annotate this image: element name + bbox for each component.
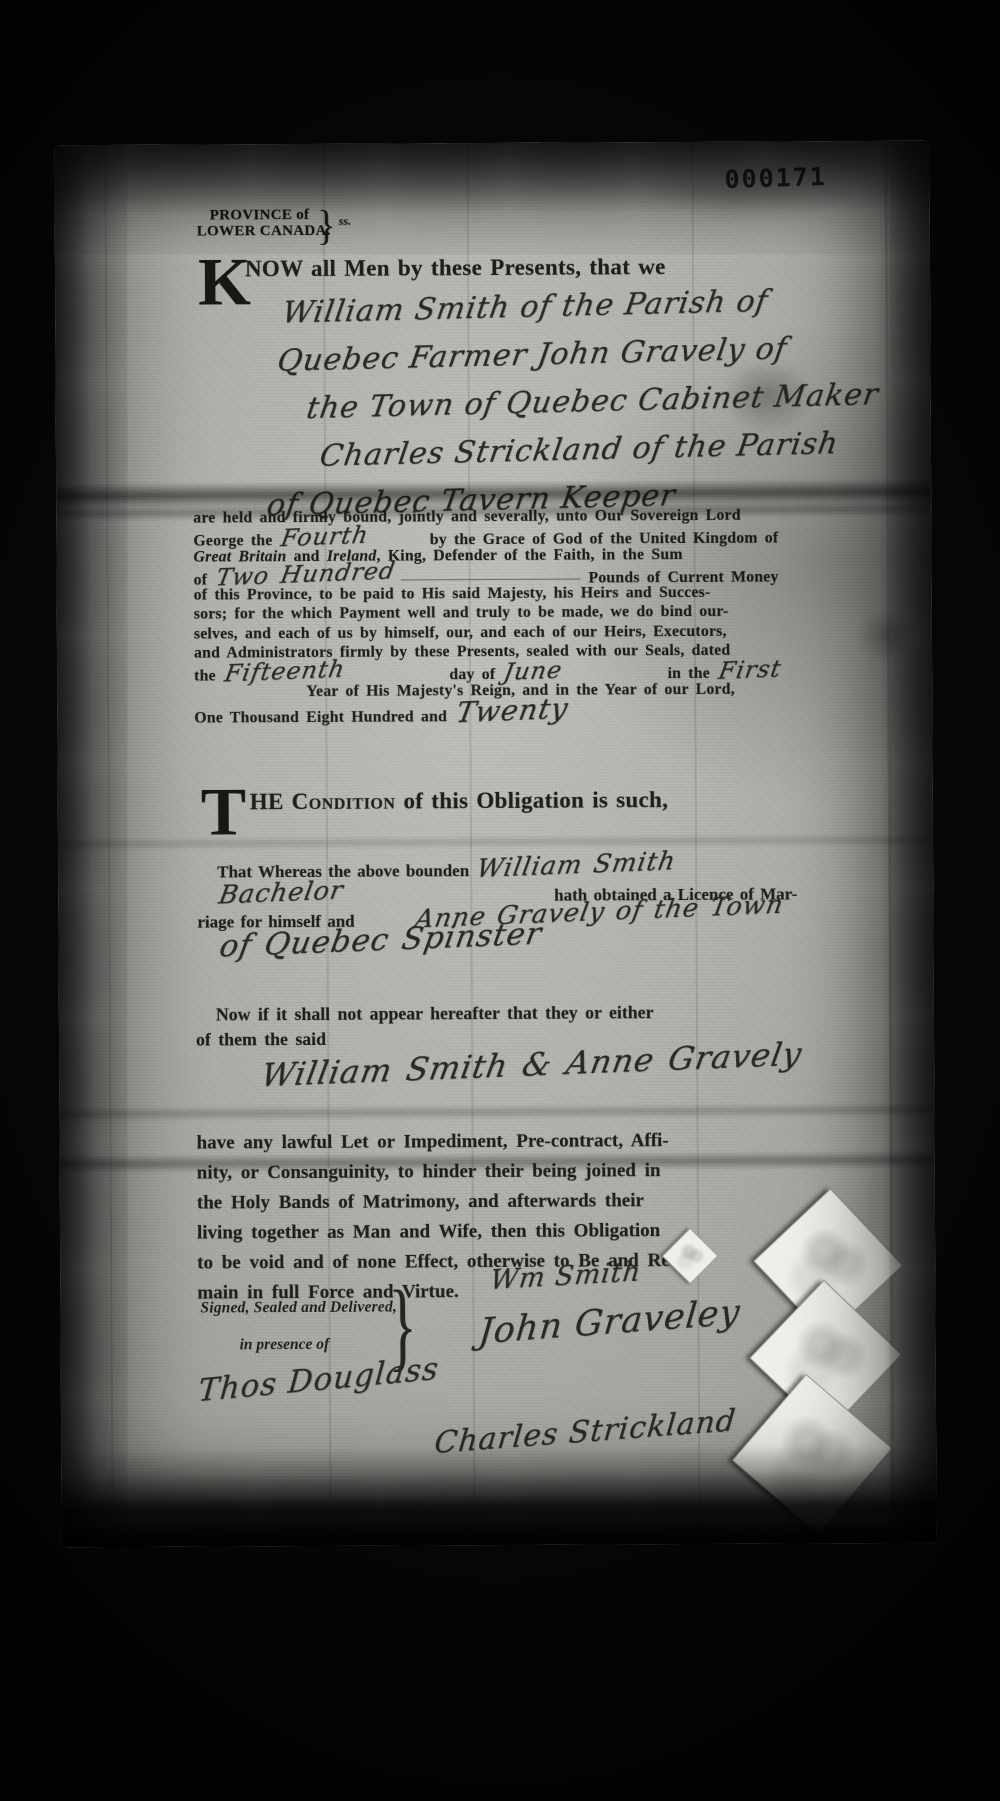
printed-text: are held and firmly bound, jointly and s… — [193, 507, 741, 528]
province-line: LOWER CANADA. — [197, 223, 331, 240]
printed-text: , King, Defender of the Faith, in the Su… — [376, 546, 682, 566]
signature-charles-strickland: Charles Strickland — [433, 1403, 738, 1461]
condition-paragraph: That Whereas the above bounden William S… — [197, 856, 798, 959]
printed-text: of this Obligation is such, — [395, 787, 668, 814]
know-heading: NOW all Men by these Presents, that we — [245, 254, 666, 282]
condition-heading: HE Condition of this Obligation is such, — [250, 787, 669, 819]
printed-text: HE — [250, 789, 292, 815]
text-line: Now if it shall not appear hereafter tha… — [196, 1001, 796, 1029]
province-line: PROVINCE of — [210, 207, 331, 224]
handwritten-text: Two Hundred — [214, 561, 396, 587]
witness-signature: Thos Douglass — [197, 1351, 441, 1410]
handwritten-text: Bachelor — [217, 880, 345, 905]
printed-text: Now if it shall not appear hereafter tha… — [216, 1002, 654, 1025]
spacer — [560, 678, 667, 679]
text-line: George the Fourthby the Grace of God of … — [193, 526, 778, 548]
dropcap-k: K — [198, 254, 251, 308]
text-line: of Quebec Spinster — [197, 931, 797, 959]
handwritten-text: June — [502, 661, 564, 682]
microfilm-background: 000171 PROVINCE of LOWER CANADA. } ss. K… — [0, 0, 1000, 1801]
obligors-handwriting: William Smith of the Parish ofQuebec Far… — [261, 281, 880, 536]
printed-line: have any lawful Let or Impediment, Pre-c… — [196, 1125, 796, 1158]
serial-number-stamp: 000171 — [724, 162, 827, 194]
printed-text: of them the said — [196, 1029, 326, 1051]
now-paragraph: Now if it shall not appear hereafter tha… — [196, 1001, 796, 1087]
printed-text: the — [194, 668, 223, 686]
province-heading: PROVINCE of LOWER CANADA. — [197, 207, 331, 240]
printed-text: One Thousand Eight Hundred and — [194, 708, 454, 727]
handwritten-text: First — [717, 660, 783, 681]
spacer — [342, 680, 449, 681]
attestation-line-1: Signed, Sealed and Delivered, — [200, 1299, 397, 1318]
handwritten-text: Fourth — [280, 526, 371, 548]
printed-text: sors; for the which Payment well and tru… — [194, 603, 729, 624]
ss-brace: } — [317, 201, 336, 250]
attestation-line-2: in presence of — [240, 1336, 330, 1354]
text-line: William Smith & Anne Gravely — [196, 1059, 796, 1087]
document-page: 000171 PROVINCE of LOWER CANADA. } ss. K… — [54, 141, 936, 1548]
handwritten-text: of Quebec Spinster — [218, 923, 544, 960]
dropcap-t: T — [201, 784, 247, 838]
ss-abbreviation: ss. — [339, 214, 351, 229]
text-line: One Thousand Eight Hundred and Twenty — [194, 699, 779, 721]
printed-line: the Holy Bands of Matrimony, and afterwa… — [197, 1185, 797, 1218]
bond-paragraph: are held and firmly bound, jointly and s… — [193, 507, 779, 722]
printed-line: nity, or Consanguinity, to hinder their … — [197, 1155, 797, 1188]
spacer — [194, 696, 306, 697]
handwritten-text: Fifteenth — [223, 660, 346, 684]
text-line: HE Condition of this Obligation is such, — [250, 787, 669, 819]
blank-rule — [400, 579, 580, 581]
printed-text: Condition — [292, 789, 396, 816]
printed-text: selves, and each of us by himself, our, … — [194, 623, 727, 644]
handwritten-text: Twenty — [454, 698, 570, 725]
handwritten-text: William Smith — [475, 851, 677, 879]
